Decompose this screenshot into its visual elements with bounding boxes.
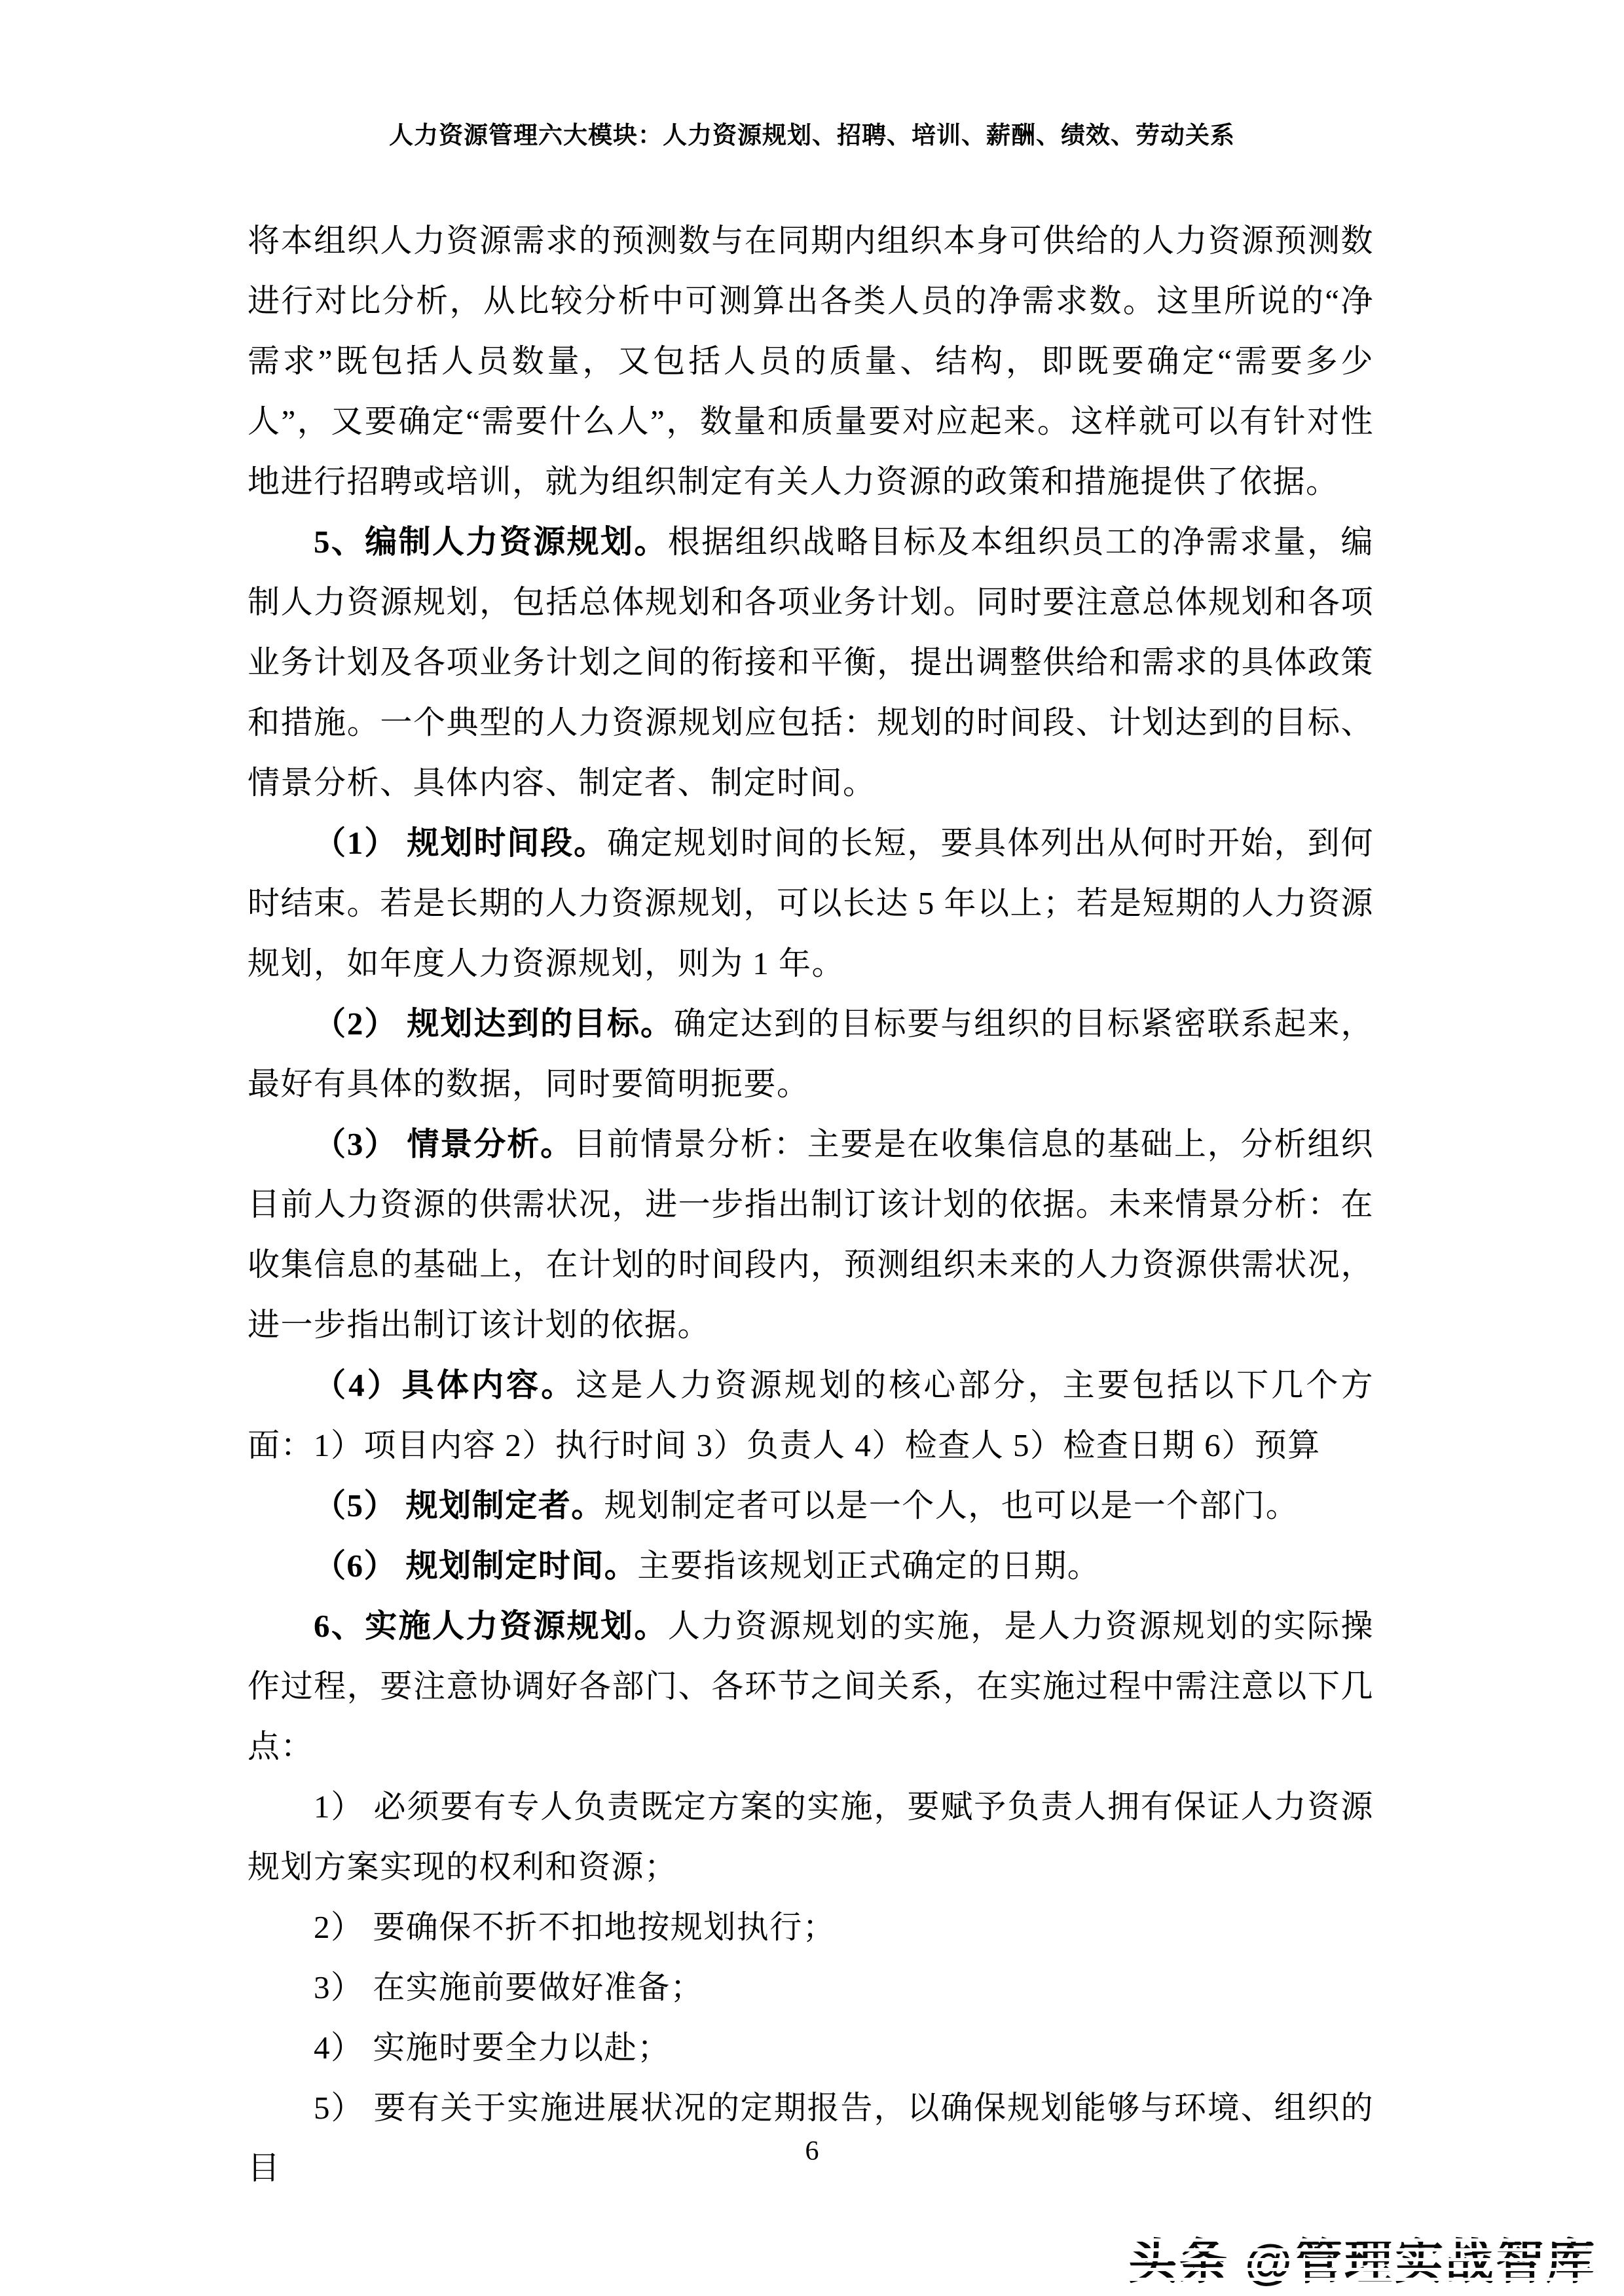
paragraph-text: 规划制定者可以是一个人，也可以是一个部门。 — [604, 1487, 1299, 1523]
paragraph-text: 主要指该规划正式确定的日期。 — [637, 1548, 1100, 1584]
paragraph-text: 将本组织人力资源需求的预测数与在同期内组织本身可供给的人力资源预测数进行对比分析… — [248, 223, 1374, 500]
paragraph: 3） 在实施前要做好准备； — [248, 1958, 1374, 2018]
document-header-title: 人力资源管理六大模块：人力资源规划、招聘、培训、薪酬、绩效、劳动关系 — [0, 115, 1624, 151]
paragraph-text: 根据组织战略目标及本组织员工的净需求量，编制人力资源规划，包括总体规划和各项业务… — [248, 524, 1374, 801]
paragraph: 将本组织人力资源需求的预测数与在同期内组织本身可供给的人力资源预测数进行对比分析… — [248, 211, 1374, 512]
paragraph: 5、编制人力资源规划。根据组织战略目标及本组织员工的净需求量，编制人力资源规划，… — [248, 512, 1374, 813]
paragraph-lead-bold: 6、实施人力资源规划。 — [314, 1608, 668, 1644]
paragraph: （6） 规划制定时间。主要指该规划正式确定的日期。 — [248, 1536, 1374, 1596]
paragraph-lead-bold: （6） 规划制定时间。 — [314, 1548, 637, 1584]
page-number: 6 — [0, 2136, 1624, 2167]
paragraph: 1） 必须要有专人负责既定方案的实施，要赋予负责人拥有保证人力资源规划方案实现的… — [248, 1777, 1374, 1897]
paragraph-lead-bold: （5） 规划制定者。 — [314, 1487, 604, 1523]
paragraph: （1） 规划时间段。确定规划时间的长短，要具体列出从何时开始，到何时结束。若是长… — [248, 813, 1374, 994]
paragraph-text: 4） 实施时要全力以赴； — [314, 2030, 671, 2066]
document-body: 将本组织人力资源需求的预测数与在同期内组织本身可供给的人力资源预测数进行对比分析… — [248, 211, 1374, 2198]
watermark-text: 头条 @管理实战智库 — [1128, 2223, 1596, 2293]
paragraph: （3） 情景分析。目前情景分析：主要是在收集信息的基础上，分析组织目前人力资源的… — [248, 1114, 1374, 1355]
paragraph-text: 2） 要确保不折不扣地按规划执行； — [314, 1909, 836, 1945]
paragraph-lead-bold: （4）具体内容。 — [314, 1367, 576, 1403]
paragraph-lead-bold: （3） 情景分析。 — [314, 1126, 574, 1162]
paragraph: （2） 规划达到的目标。确定达到的目标要与组织的目标紧密联系起来，最好有具体的数… — [248, 994, 1374, 1114]
paragraph: 4） 实施时要全力以赴； — [248, 2018, 1374, 2078]
paragraph-text: 1） 必须要有专人负责既定方案的实施，要赋予负责人拥有保证人力资源规划方案实现的… — [248, 1789, 1374, 1885]
paragraph: （5） 规划制定者。规划制定者可以是一个人，也可以是一个部门。 — [248, 1476, 1374, 1536]
paragraph-text: 3） 在实施前要做好准备； — [314, 1969, 703, 2005]
paragraph: 2） 要确保不折不扣地按规划执行； — [248, 1897, 1374, 1958]
paragraph: 6、实施人力资源规划。人力资源规划的实施，是人力资源规划的实际操作过程，要注意协… — [248, 1596, 1374, 1777]
paragraph: （4）具体内容。这是人力资源规划的核心部分，主要包括以下几个方面：1）项目内容 … — [248, 1355, 1374, 1476]
document-page: 人力资源管理六大模块：人力资源规划、招聘、培训、薪酬、绩效、劳动关系 将本组织人… — [0, 0, 1624, 2296]
paragraph-lead-bold: 5、编制人力资源规划。 — [314, 524, 668, 560]
paragraph-lead-bold: （1） 规划时间段。 — [314, 825, 607, 861]
paragraph-lead-bold: （2） 规划达到的目标。 — [314, 1006, 674, 1042]
